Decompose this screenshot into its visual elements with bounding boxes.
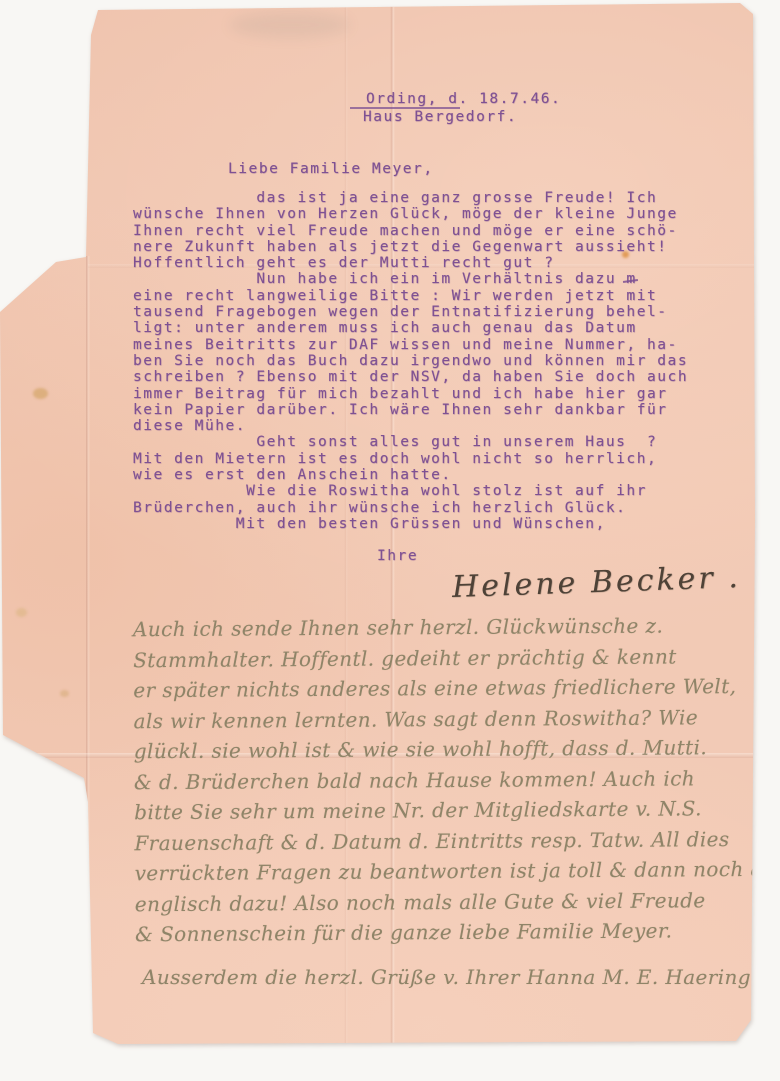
salutation: Liebe Familie Meyer, [228, 161, 434, 177]
stain-spot [60, 690, 69, 697]
sender-address-line: Haus Bergedorf. [363, 109, 517, 125]
valediction: Ihre [377, 548, 418, 564]
stain-spot [16, 608, 27, 617]
handwritten-postscript: Auch ich sende Ihnen sehr herzl. Glückwü… [133, 610, 780, 950]
fold-crease-left-flap [86, 256, 90, 1046]
handwritten-postscript-last-line: Ausserdem die herzl. Grüße v. Ihrer Hann… [142, 962, 751, 992]
handwritten-strikethrough-mark [0, 0, 52, 4]
scanned-letter: Ording, d. 18.7.46. Haus Bergedorf. Lieb… [0, 0, 780, 1081]
smudge [230, 12, 350, 38]
letter-paper: Ording, d. 18.7.46. Haus Bergedorf. Lieb… [0, 0, 780, 1081]
stain-spot [33, 388, 48, 399]
typed-letter-body: das ist ja eine ganz grosse Freude! Ich … [133, 190, 688, 532]
dateline: Ording, d. 18.7.46. [366, 91, 561, 107]
handwritten-signature: Helene Becker . [451, 559, 741, 607]
